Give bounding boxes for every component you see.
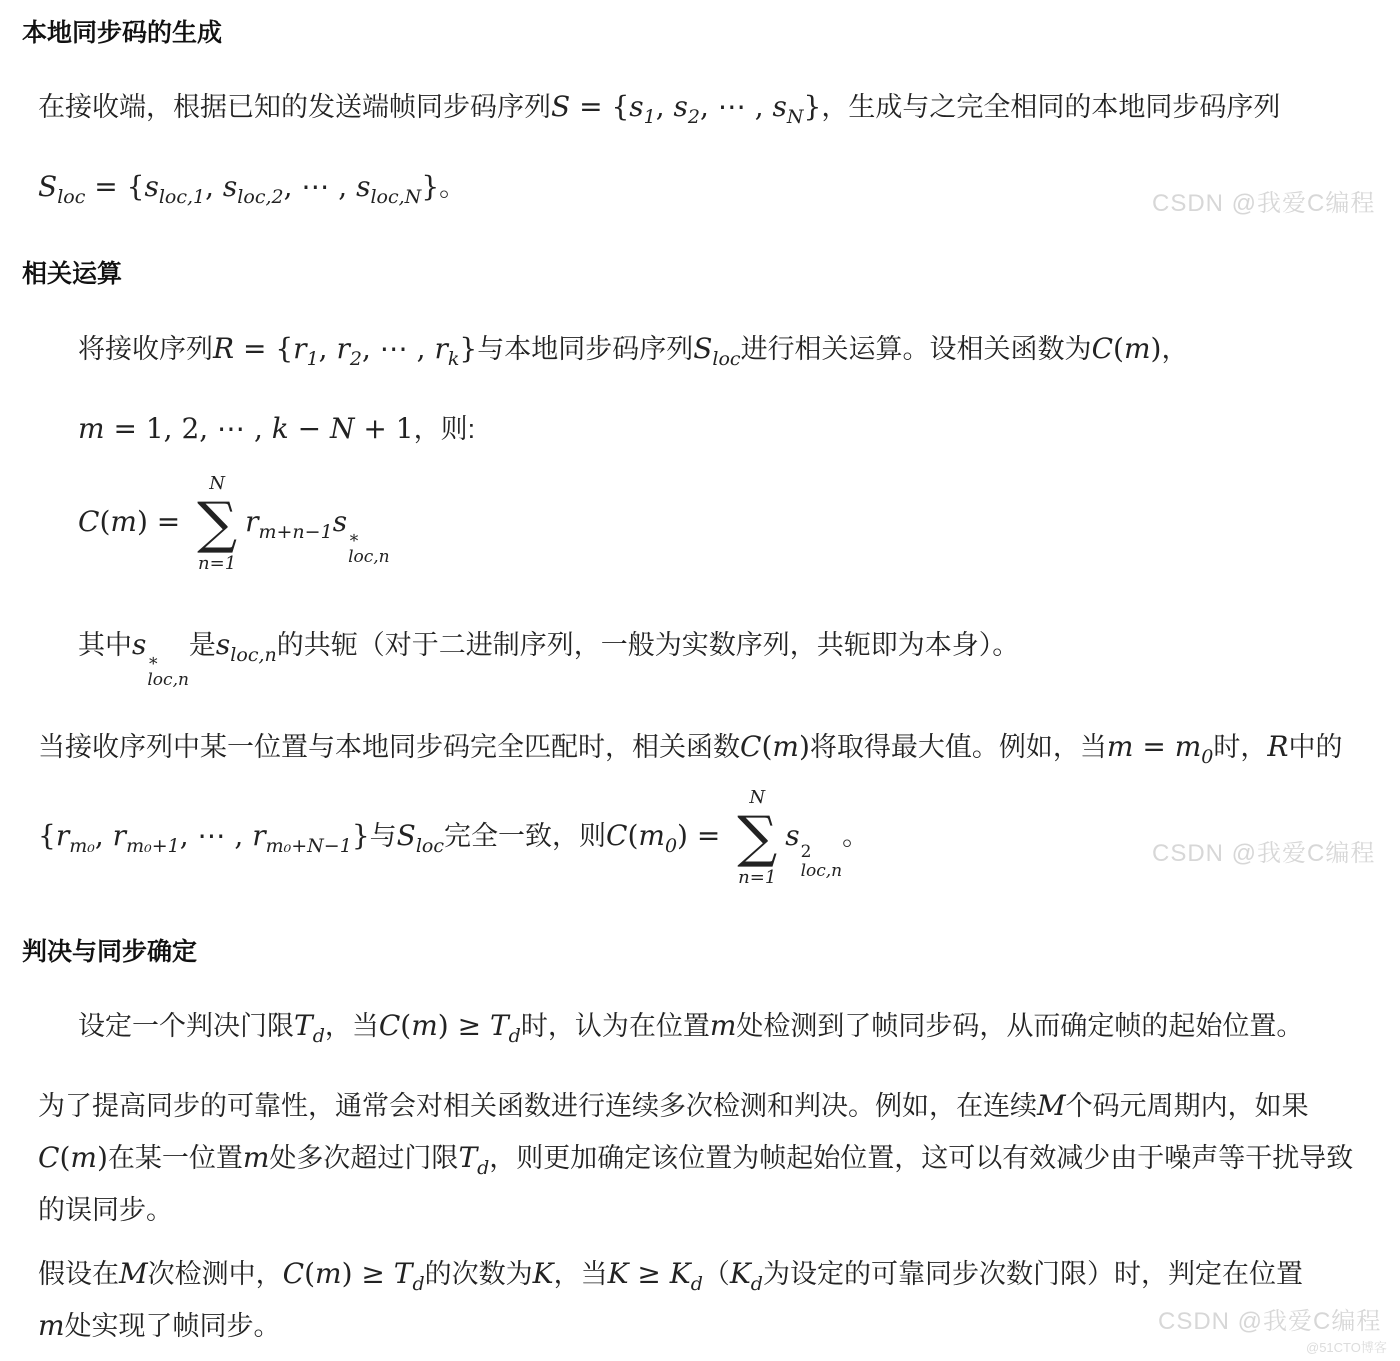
math-var: m bbox=[243, 1141, 270, 1174]
math-var: r bbox=[293, 332, 306, 365]
math-var: K bbox=[670, 1257, 691, 1290]
math-subscript: d bbox=[412, 1273, 424, 1295]
math-op: , ⋯ , bbox=[700, 90, 773, 123]
math-op: ) bbox=[97, 1141, 108, 1174]
math-op: ( bbox=[400, 1009, 411, 1042]
math-supsub: ∗loc,n bbox=[147, 653, 189, 689]
math-op: , ⋯ , bbox=[180, 819, 253, 852]
math-var: C bbox=[1092, 332, 1113, 365]
text-run: ，则: bbox=[414, 414, 476, 444]
math-op: , bbox=[95, 819, 113, 852]
math-var: K bbox=[730, 1257, 751, 1290]
paragraph-line: C(m)在某一位置m处多次超过门限Td，则更加确定该位置为帧起始位置，这可以有效… bbox=[38, 1136, 1400, 1180]
math-op: , bbox=[205, 170, 223, 203]
math-var: R bbox=[213, 332, 234, 365]
math-op: = 1, 2, ⋯ , bbox=[105, 412, 272, 445]
math-var: r bbox=[245, 505, 258, 538]
text-run: 。 bbox=[439, 172, 466, 202]
math-var: K bbox=[533, 1257, 554, 1290]
math-op: , ⋯ , bbox=[362, 332, 435, 365]
math-op: = { bbox=[85, 170, 144, 203]
text-run: ，则更加确定该位置为帧起始位置，这可以有效减少由于噪声等干扰导致 bbox=[489, 1143, 1353, 1173]
math-var: r bbox=[336, 332, 349, 365]
text-run: 其中 bbox=[78, 630, 132, 660]
math-subscript: 0 bbox=[665, 835, 677, 857]
text-run: （ bbox=[703, 1259, 730, 1289]
paragraph-line: 将接收序列R = {r1, r2, ⋯ , rk}与本地同步码序列Sloc进行相… bbox=[78, 327, 1400, 371]
paragraph-line: 当接收序列中某一位置与本地同步码完全匹配时，相关函数C(m)将取得最大值。例如，… bbox=[38, 725, 1400, 769]
text-run: 的误同步。 bbox=[38, 1195, 173, 1225]
math-subscript: m₀ bbox=[69, 835, 95, 857]
math-superscript: 2 bbox=[801, 844, 812, 861]
math-op: ( bbox=[627, 819, 638, 852]
section-heading: 本地同步码的生成 bbox=[22, 18, 1400, 49]
math-subscript: d bbox=[691, 1273, 703, 1295]
math-op: } bbox=[459, 332, 477, 365]
paragraph-line: 的误同步。 bbox=[38, 1188, 1400, 1232]
text-run: 时， bbox=[1213, 732, 1267, 762]
math-subscript: N bbox=[787, 106, 804, 128]
summation-symbol: N∑n=1 bbox=[197, 475, 237, 573]
text-run: 处检测到了帧同步码，从而确定帧的起始位置。 bbox=[736, 1011, 1303, 1041]
watermark-csdn-1: CSDN @我爱C编程 bbox=[1152, 183, 1375, 218]
text-run: 。 bbox=[842, 821, 869, 851]
math-var: r bbox=[434, 332, 447, 365]
text-run: 将接收序列 bbox=[78, 334, 213, 364]
text-run: ，生成与之完全相同的本地同步码序列 bbox=[821, 92, 1280, 122]
math-op: ≥ bbox=[629, 1257, 670, 1290]
math-op: = { bbox=[570, 90, 629, 123]
text-run: 为设定的可靠同步次数门限）时，判定在位置 bbox=[763, 1259, 1303, 1289]
math-var: T bbox=[394, 1257, 413, 1290]
math-var: s bbox=[629, 90, 643, 123]
math-subscript: loc,n bbox=[147, 672, 189, 689]
math-op: ( bbox=[99, 505, 110, 538]
math-var: m bbox=[1124, 332, 1151, 365]
math-var: m bbox=[772, 730, 799, 763]
math-var: m bbox=[70, 1141, 97, 1174]
math-op: ( bbox=[1113, 332, 1124, 365]
text-run: 为了提高同步的可靠性，通常会对相关函数进行连续多次检测和判决。例如，在连续 bbox=[38, 1091, 1037, 1121]
math-var: N bbox=[330, 412, 355, 445]
text-run: 时，认为在位置 bbox=[521, 1011, 710, 1041]
math-subscript: 1 bbox=[307, 348, 319, 370]
math-subscript: k bbox=[448, 348, 460, 370]
math-var: k bbox=[272, 412, 289, 445]
sum-lower-limit: n=1 bbox=[198, 555, 236, 573]
math-op: ( bbox=[59, 1141, 70, 1174]
math-var: C bbox=[38, 1141, 59, 1174]
math-supsub: 2loc,n bbox=[801, 844, 843, 880]
math-subscript: loc,n bbox=[230, 644, 276, 666]
math-var: T bbox=[490, 1009, 509, 1042]
math-subscript: loc,1 bbox=[159, 186, 205, 208]
math-var: S bbox=[397, 819, 416, 852]
text-run: 设定一个判决门限 bbox=[78, 1011, 294, 1041]
math-subscript: loc bbox=[416, 835, 444, 857]
math-op: ) bbox=[799, 730, 810, 763]
math-var: m bbox=[411, 1009, 438, 1042]
math-var: s bbox=[223, 170, 237, 203]
math-var: s bbox=[132, 628, 146, 661]
math-op: = bbox=[1133, 730, 1174, 763]
math-op: } bbox=[804, 90, 822, 123]
sigma-icon: ∑ bbox=[737, 810, 777, 866]
math-var: C bbox=[78, 505, 99, 538]
sum-lower-limit: n=1 bbox=[738, 869, 776, 887]
math-var: r bbox=[113, 819, 126, 852]
section-3: 判决与同步确定设定一个判决门限Td，当C(m) ≥ Td时，认为在位置m处检测到… bbox=[22, 937, 1400, 1348]
math-subscript: loc,2 bbox=[237, 186, 283, 208]
math-var: s bbox=[356, 170, 370, 203]
math-var: s bbox=[773, 90, 787, 123]
paragraph-line: 其中s∗loc,n是sloc,n的共轭（对于二进制序列，一般为实数序列，共轭即为… bbox=[78, 623, 1400, 689]
math-subscript: d bbox=[477, 1157, 489, 1179]
math-var: m bbox=[78, 412, 105, 445]
text-run: 与 bbox=[370, 821, 397, 851]
math-superscript: ∗ bbox=[348, 530, 360, 547]
math-var: r bbox=[252, 819, 265, 852]
watermark-csdn-2: CSDN @我爱C编程 bbox=[1152, 833, 1375, 868]
math-var: S bbox=[551, 90, 570, 123]
text-run: 假设在 bbox=[38, 1259, 119, 1289]
sum-upper-limit: N bbox=[209, 475, 225, 493]
text-run: 将取得最大值。例如，当 bbox=[810, 732, 1107, 762]
math-subscript: m+n−1 bbox=[259, 521, 333, 543]
math-op: = { bbox=[234, 332, 293, 365]
math-op: , ⋯ , bbox=[284, 170, 357, 203]
math-op: ) ≥ bbox=[438, 1009, 490, 1042]
math-subscript: d bbox=[313, 1025, 325, 1047]
math-subscript: loc,n bbox=[348, 549, 390, 566]
text-run: 的共轭（对于二进制序列，一般为实数序列，共轭即为本身）。 bbox=[277, 630, 1020, 660]
display-formula: C(m) = N∑n=1rm+n−1s∗loc,n bbox=[78, 475, 1400, 573]
math-op: , bbox=[656, 90, 674, 123]
text-run: 在接收端，根据已知的发送端帧同步码序列 bbox=[38, 92, 551, 122]
math-var: s bbox=[674, 90, 688, 123]
math-var: m bbox=[110, 505, 137, 538]
paragraph-line: 假设在M次检测中，C(m) ≥ Td的次数为K，当K ≥ Kd（Kd为设定的可靠… bbox=[38, 1252, 1400, 1296]
math-op: ) ≥ bbox=[342, 1257, 394, 1290]
text-run: 是 bbox=[189, 630, 216, 660]
text-run: 中的 bbox=[1288, 732, 1342, 762]
math-var: m bbox=[38, 1309, 65, 1342]
math-var: M bbox=[1037, 1089, 1066, 1122]
math-var: m bbox=[1107, 730, 1134, 763]
text-run: 与本地同步码序列 bbox=[477, 334, 693, 364]
sum-upper-limit: N bbox=[749, 789, 765, 807]
math-var: K bbox=[608, 1257, 629, 1290]
math-var: S bbox=[693, 332, 712, 365]
text-run: ，当 bbox=[325, 1011, 379, 1041]
paragraph-line: 在接收端，根据已知的发送端帧同步码序列S = {s1, s2, ⋯ , sN}，… bbox=[38, 85, 1400, 129]
math-var: R bbox=[1267, 730, 1288, 763]
math-var: m bbox=[315, 1257, 342, 1290]
math-op: ) bbox=[1151, 332, 1162, 365]
math-op: } bbox=[352, 819, 370, 852]
section-2: 相关运算将接收序列R = {r1, r2, ⋯ , rk}与本地同步码序列Slo… bbox=[22, 259, 1400, 886]
text-run: 个码元周期内，如果 bbox=[1066, 1091, 1309, 1121]
text-run: 处多次超过门限 bbox=[269, 1143, 458, 1173]
math-var: S bbox=[38, 170, 57, 203]
math-op: , bbox=[319, 332, 337, 365]
text-run: 完全一致，则 bbox=[444, 821, 606, 851]
math-var: M bbox=[119, 1257, 148, 1290]
math-var: C bbox=[740, 730, 761, 763]
math-var: m bbox=[710, 1009, 737, 1042]
math-op: − bbox=[289, 412, 330, 445]
math-subscript: m₀+1 bbox=[126, 835, 180, 857]
math-var: m bbox=[638, 819, 665, 852]
math-var: s bbox=[216, 628, 230, 661]
math-subscript: 1 bbox=[644, 106, 656, 128]
math-var: s bbox=[144, 170, 158, 203]
math-var: T bbox=[294, 1009, 313, 1042]
math-var: C bbox=[283, 1257, 304, 1290]
math-var: T bbox=[458, 1141, 477, 1174]
text-run: 的次数为 bbox=[425, 1259, 533, 1289]
text-run: ，当 bbox=[554, 1259, 608, 1289]
math-subscript: loc bbox=[57, 186, 85, 208]
watermark-csdn-3: CSDN @我爱C编程 bbox=[1158, 1301, 1381, 1336]
math-superscript: ∗ bbox=[147, 653, 159, 670]
text-run: 处实现了帧同步。 bbox=[65, 1311, 281, 1341]
math-subscript: 0 bbox=[1201, 746, 1213, 768]
paragraph-line: 设定一个判决门限Td，当C(m) ≥ Td时，认为在位置m处检测到了帧同步码，从… bbox=[78, 1004, 1400, 1048]
math-supsub: ∗loc,n bbox=[348, 530, 390, 566]
math-op: ) = bbox=[677, 819, 729, 852]
math-subscript: 2 bbox=[350, 348, 362, 370]
text-run: ， bbox=[1161, 334, 1188, 364]
math-op: ( bbox=[304, 1257, 315, 1290]
section-heading: 判决与同步确定 bbox=[22, 937, 1400, 968]
text-run: 当接收序列中某一位置与本地同步码完全匹配时，相关函数 bbox=[38, 732, 740, 762]
sigma-icon: ∑ bbox=[197, 496, 237, 552]
math-subscript: 2 bbox=[688, 106, 700, 128]
text-run: 在某一位置 bbox=[108, 1143, 243, 1173]
math-subscript: loc bbox=[712, 348, 740, 370]
math-subscript: loc,n bbox=[801, 863, 843, 880]
math-subscript: m₀+N−1 bbox=[266, 835, 352, 857]
watermark-51cto: @51CTO博客 bbox=[1306, 1337, 1387, 1356]
paragraph-line: m = 1, 2, ⋯ , k − N + 1，则: bbox=[78, 407, 1400, 451]
math-subscript: d bbox=[509, 1025, 521, 1047]
summation-symbol: N∑n=1 bbox=[737, 789, 777, 887]
math-var: C bbox=[606, 819, 627, 852]
math-var: s bbox=[333, 505, 347, 538]
paragraph-line: 为了提高同步的可靠性，通常会对相关函数进行连续多次检测和判决。例如，在连续M个码… bbox=[38, 1084, 1400, 1128]
math-op: { bbox=[38, 819, 56, 852]
math-var: s bbox=[785, 819, 799, 852]
math-subscript: loc,N bbox=[370, 186, 421, 208]
math-var: m bbox=[1175, 730, 1202, 763]
math-var: C bbox=[379, 1009, 400, 1042]
section-heading: 相关运算 bbox=[22, 259, 1400, 290]
math-op: } bbox=[421, 170, 439, 203]
text-run: 次检测中， bbox=[148, 1259, 283, 1289]
math-var: r bbox=[56, 819, 69, 852]
math-subscript: d bbox=[751, 1273, 763, 1295]
math-op: ( bbox=[761, 730, 772, 763]
section-1: 本地同步码的生成在接收端，根据已知的发送端帧同步码序列S = {s1, s2, … bbox=[22, 18, 1400, 209]
math-op: + 1 bbox=[355, 412, 414, 445]
math-op: ) = bbox=[137, 505, 189, 538]
text-run: 进行相关运算。设相关函数为 bbox=[741, 334, 1092, 364]
